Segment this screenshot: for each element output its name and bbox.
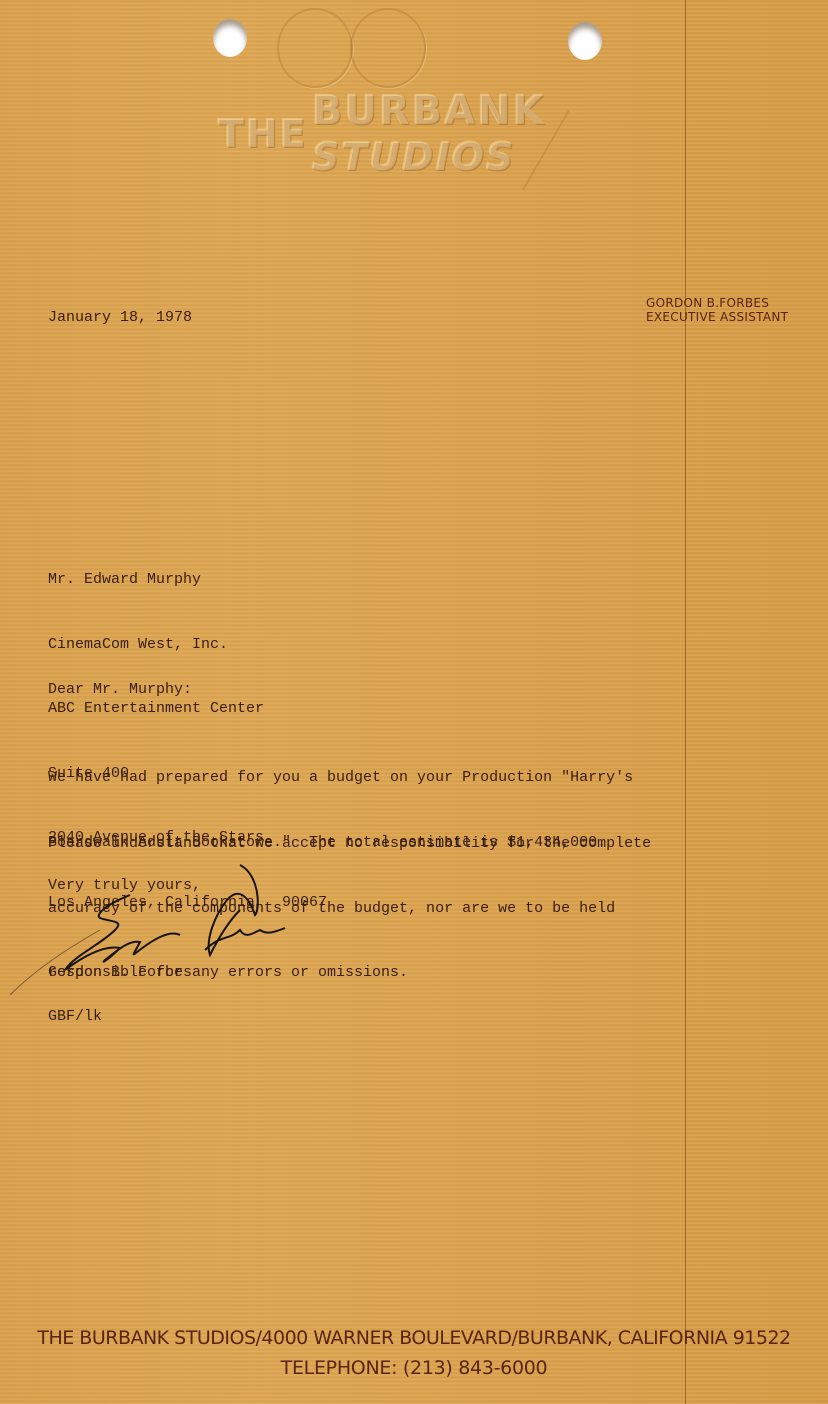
recipient-line: CinemaCom West, Inc.	[48, 634, 327, 656]
footer-address: THE BURBANK STUDIOS/4000 WARNER BOULEVAR…	[0, 1327, 828, 1349]
punch-hole-left	[213, 19, 247, 57]
signer-name: Gordon B. Forbes	[48, 962, 192, 984]
paragraph-line: We have had prepared for you a budget on…	[48, 767, 633, 789]
handwritten-signature-icon	[5, 860, 305, 1010]
logo-burbank: BURBANK	[312, 88, 546, 134]
footer-telephone: TELEPHONE: (213) 843-6000	[0, 1357, 828, 1379]
logo-studios: STUDIOS	[312, 135, 516, 179]
letter-date: January 18, 1978	[48, 307, 192, 329]
sender-name: GORDON B.FORBES	[646, 296, 788, 310]
fold-line	[685, 0, 686, 1404]
logo-the: THE	[218, 112, 308, 156]
logo-circle-right-icon	[350, 8, 426, 88]
letter-page: THE BURBANK STUDIOS GORDON B.FORBES EXEC…	[0, 0, 828, 1404]
sender-title: EXECUTIVE ASSISTANT	[646, 310, 788, 324]
punch-hole-right	[568, 22, 602, 60]
sender-block: GORDON B.FORBES EXECUTIVE ASSISTANT	[646, 296, 788, 324]
recipient-line: ABC Entertainment Center	[48, 698, 327, 720]
paragraph-line: Please understand that we accept no resp…	[48, 833, 651, 855]
reference-initials: GBF/lk	[48, 1006, 102, 1028]
salutation: Dear Mr. Murphy:	[48, 679, 192, 701]
recipient-line: Mr. Edward Murphy	[48, 569, 327, 591]
logo-circle-left-icon	[277, 8, 353, 88]
